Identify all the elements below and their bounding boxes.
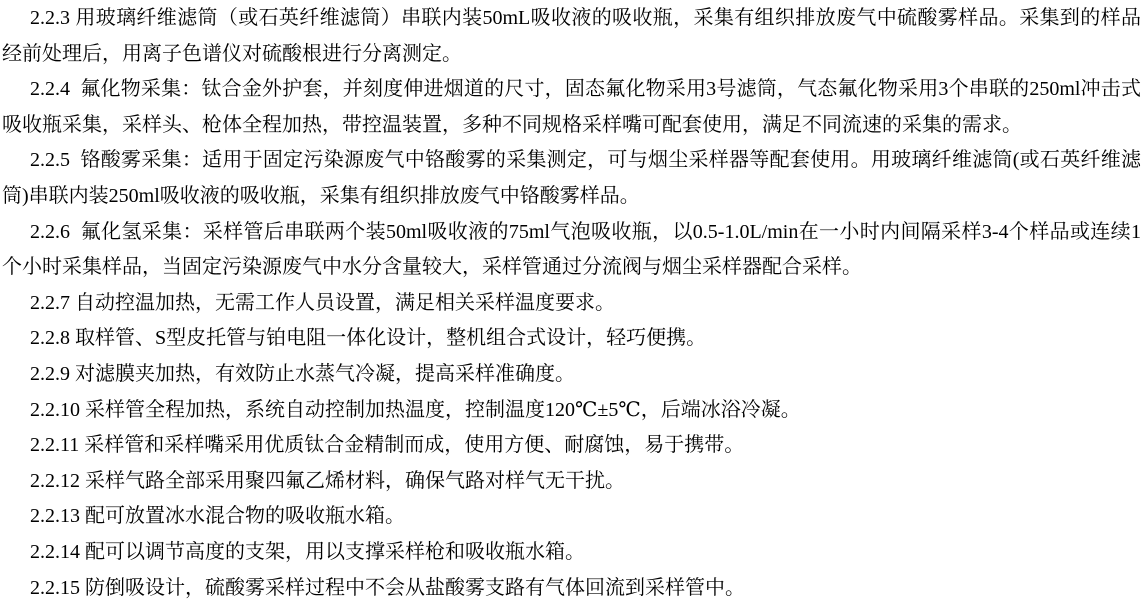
clause-text: 用玻璃纤维滤筒（或石英纤维滤筒）串联内装50mL吸收液的吸收瓶，采集有组织排放废… (2, 7, 1141, 65)
clause-text: 氟化氢采集：采样管后串联两个装50ml吸收液的75ml气泡吸收瓶，以0.5-1.… (2, 221, 1141, 279)
clause-number: 2.2.8 (30, 327, 70, 349)
paragraph-2-2-14: 2.2.14 配可以调节高度的支架，用以支撑采样枪和吸收瓶水箱。 (2, 535, 1141, 571)
paragraph-2-2-3: 2.2.3 用玻璃纤维滤筒（或石英纤维滤筒）串联内装50mL吸收液的吸收瓶，采集… (2, 1, 1141, 72)
paragraph-2-2-7: 2.2.7 自动控温加热，无需工作人员设置，满足相关采样温度要求。 (2, 286, 1141, 322)
paragraph-2-2-5: 2.2.5 铬酸雾采集：适用于固定污染源废气中铬酸雾的采集测定，可与烟尘采样器等… (2, 143, 1141, 214)
paragraph-2-2-13: 2.2.13 配可放置冰水混合物的吸收瓶水箱。 (2, 499, 1141, 535)
clause-text: 自动控温加热，无需工作人员设置，满足相关采样温度要求。 (70, 292, 615, 314)
paragraph-2-2-6: 2.2.6 氟化氢采集：采样管后串联两个装50ml吸收液的75ml气泡吸收瓶，以… (2, 215, 1141, 286)
clause-text: 采样管全程加热，系统自动控制加热温度，控制温度120℃±5℃，后端冰浴冷凝。 (80, 399, 801, 421)
clause-number: 2.2.4 (30, 78, 70, 100)
clause-number: 2.2.12 (30, 470, 80, 492)
document-body: 2.2.3 用玻璃纤维滤筒（或石英纤维滤筒）串联内装50mL吸收液的吸收瓶，采集… (2, 1, 1141, 606)
clause-number: 2.2.10 (30, 399, 80, 421)
clause-number: 2.2.3 (30, 7, 70, 29)
paragraph-2-2-4: 2.2.4 氟化物采集：钛合金外护套，并刻度伸进烟道的尺寸，固态氟化物采用3号滤… (2, 72, 1141, 143)
paragraph-2-2-10: 2.2.10 采样管全程加热，系统自动控制加热温度，控制温度120℃±5℃，后端… (2, 393, 1141, 429)
clause-number: 2.2.14 (30, 541, 80, 563)
clause-text: 铬酸雾采集：适用于固定污染源废气中铬酸雾的采集测定，可与烟尘采样器等配套使用。用… (2, 149, 1141, 207)
clause-number: 2.2.9 (30, 363, 70, 385)
paragraph-2-2-11: 2.2.11 采样管和采样嘴采用优质钛合金精制而成，使用方便、耐腐蚀，易于携带。 (2, 428, 1141, 464)
clause-number: 2.2.15 (30, 577, 80, 599)
paragraph-2-2-9: 2.2.9 对滤膜夹加热，有效防止水蒸气冷凝，提高采样准确度。 (2, 357, 1141, 393)
clause-text: 防倒吸设计，硫酸雾采样过程中不会从盐酸雾支路有气体回流到采样管中。 (80, 577, 745, 599)
clause-text: 配可放置冰水混合物的吸收瓶水箱。 (80, 505, 405, 527)
clause-text: 配可以调节高度的支架，用以支撑采样枪和吸收瓶水箱。 (80, 541, 585, 563)
clause-number: 2.2.11 (30, 434, 79, 456)
clause-text: 采样气路全部采用聚四氟乙烯材料，确保气路对样气无干扰。 (80, 470, 625, 492)
clause-number: 2.2.6 (30, 221, 70, 243)
paragraph-2-2-12: 2.2.12 采样气路全部采用聚四氟乙烯材料，确保气路对样气无干扰。 (2, 464, 1141, 500)
clause-text: 对滤膜夹加热，有效防止水蒸气冷凝，提高采样准确度。 (70, 363, 575, 385)
clause-number: 2.2.5 (30, 149, 70, 171)
paragraph-2-2-15: 2.2.15 防倒吸设计，硫酸雾采样过程中不会从盐酸雾支路有气体回流到采样管中。 (2, 571, 1141, 607)
clause-text: 采样管和采样嘴采用优质钛合金精制而成，使用方便、耐腐蚀，易于携带。 (79, 434, 744, 456)
clause-number: 2.2.7 (30, 292, 70, 314)
clause-number: 2.2.13 (30, 505, 80, 527)
document-page: 2.2.3 用玻璃纤维滤筒（或石英纤维滤筒）串联内装50mL吸收液的吸收瓶，采集… (0, 0, 1143, 608)
paragraph-2-2-8: 2.2.8 取样管、S型皮托管与铂电阻一体化设计，整机组合式设计，轻巧便携。 (2, 321, 1141, 357)
clause-text: 取样管、S型皮托管与铂电阻一体化设计，整机组合式设计，轻巧便携。 (70, 327, 706, 349)
clause-text: 氟化物采集：钛合金外护套，并刻度伸进烟道的尺寸，固态氟化物采用3号滤筒，气态氟化… (2, 78, 1141, 136)
